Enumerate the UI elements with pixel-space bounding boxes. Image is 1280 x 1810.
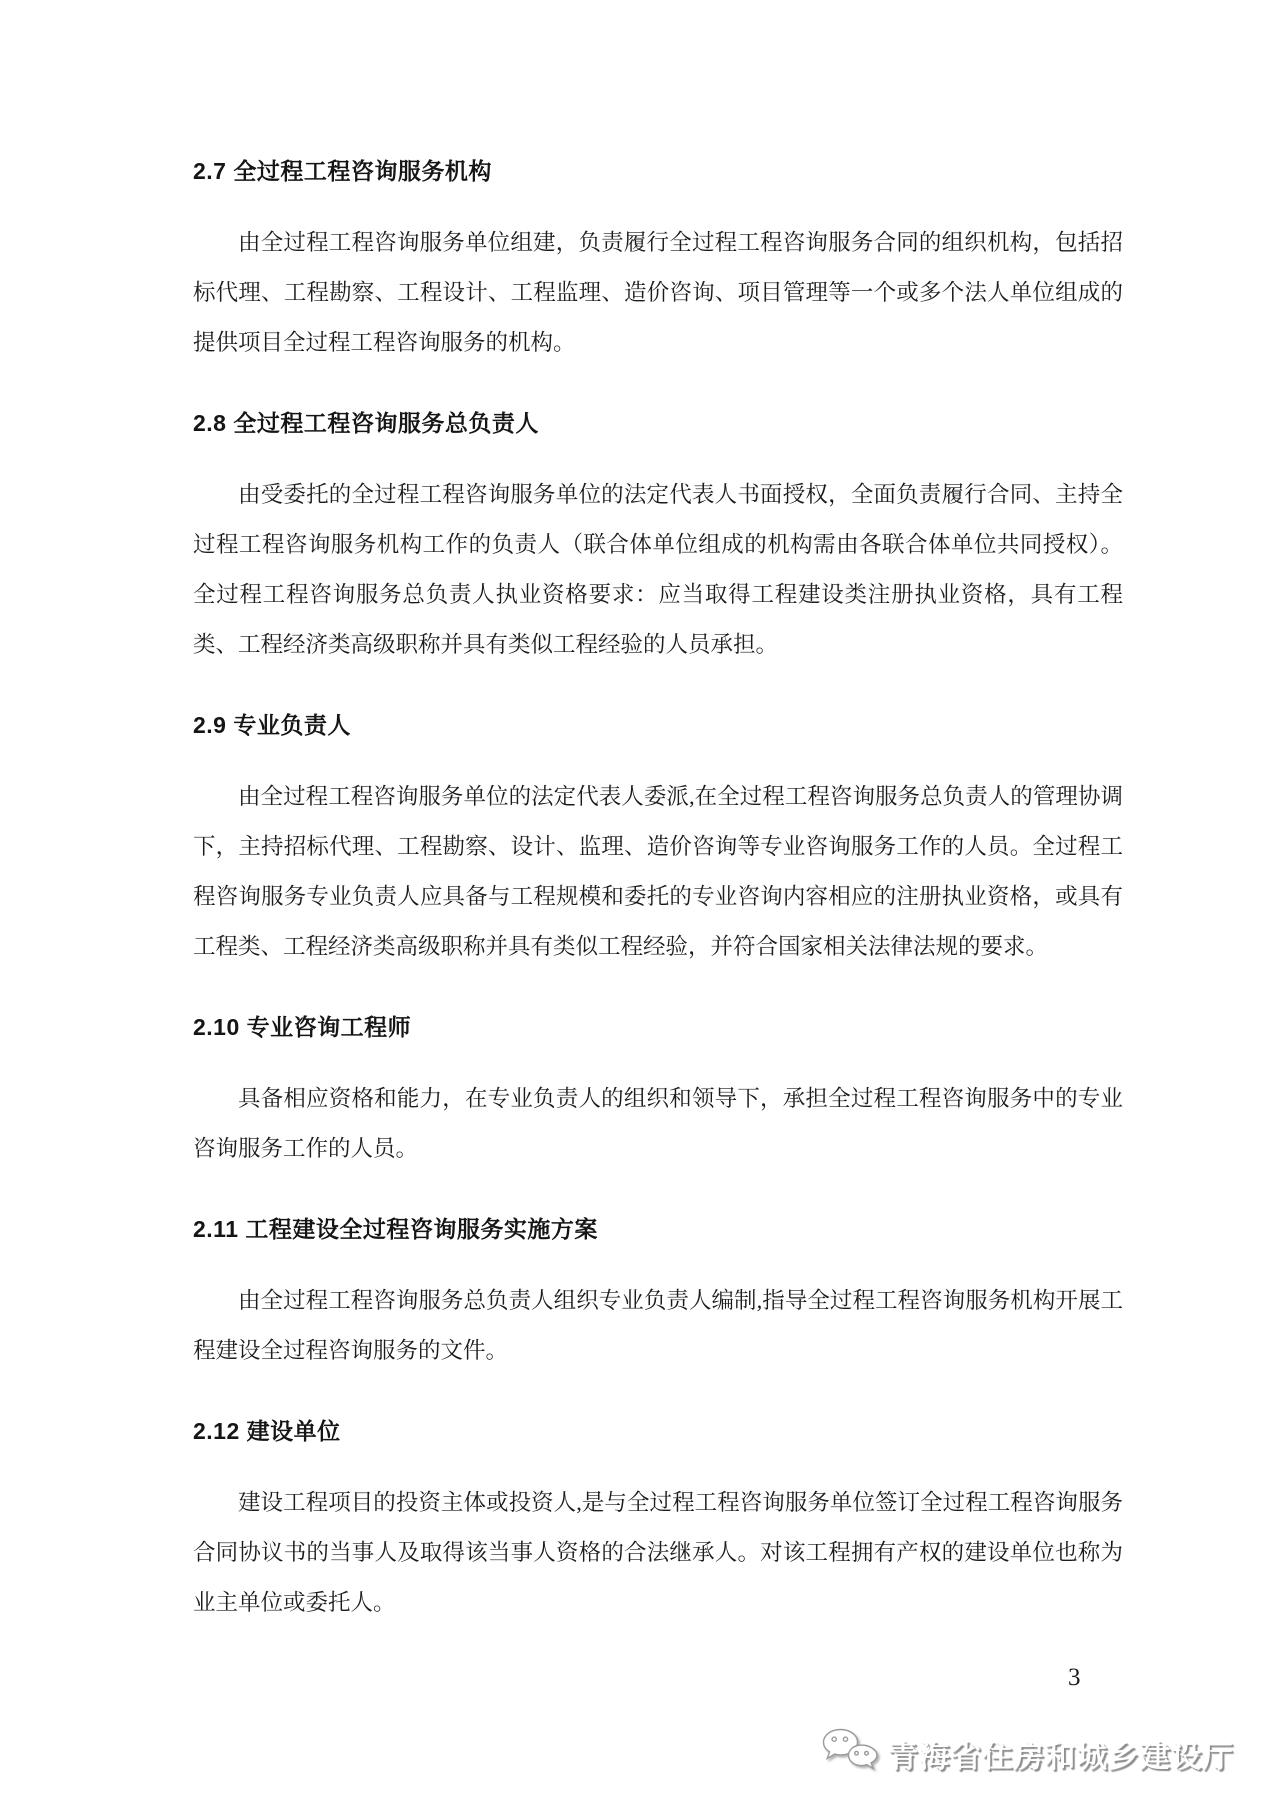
section-paragraph-2-7: 由全过程工程咨询服务单位组建，负责履行全过程工程咨询服务合同的组织机构，包括招标… xyxy=(193,218,1123,368)
section-heading-2-8: 2.8 全过程工程咨询服务总负责人 xyxy=(193,398,1123,448)
section-paragraph-2-12: 建设工程项目的投资主体或投资人,是与全过程工程咨询服务单位签订全过程工程咨询服务… xyxy=(193,1478,1123,1628)
section-2-10: 2.10 专业咨询工程师 具备相应资格和能力，在专业负责人的组织和领导下，承担全… xyxy=(193,1002,1123,1174)
section-paragraph-2-9: 由全过程工程咨询服务单位的法定代表人委派,在全过程工程咨询服务总负责人的管理协调… xyxy=(193,772,1123,972)
section-2-11: 2.11 工程建设全过程咨询服务实施方案 由全过程工程咨询服务总负责人组织专业负… xyxy=(193,1204,1123,1376)
section-paragraph-2-8: 由受委托的全过程工程咨询服务单位的法定代表人书面授权，全面负责履行合同、主持全过… xyxy=(193,470,1123,670)
wechat-logo-icon xyxy=(822,1728,880,1779)
section-heading-2-7: 2.7 全过程工程咨询服务机构 xyxy=(193,146,1123,196)
section-heading-2-11: 2.11 工程建设全过程咨询服务实施方案 xyxy=(193,1204,1123,1254)
page-number: 3 xyxy=(1068,1664,1081,1692)
section-heading-2-9: 2.9 专业负责人 xyxy=(193,700,1123,750)
section-paragraph-2-10: 具备相应资格和能力，在专业负责人的组织和领导下，承担全过程工程咨询服务中的专业咨… xyxy=(193,1074,1123,1174)
section-2-7: 2.7 全过程工程咨询服务机构 由全过程工程咨询服务单位组建，负责履行全过程工程… xyxy=(193,146,1123,368)
section-2-9: 2.9 专业负责人 由全过程工程咨询服务单位的法定代表人委派,在全过程工程咨询服… xyxy=(193,700,1123,972)
watermark-text: 青海省住房和城乡建设厅 xyxy=(888,1732,1235,1776)
document-body: 2.7 全过程工程咨询服务机构 由全过程工程咨询服务单位组建，负责履行全过程工程… xyxy=(193,146,1123,1628)
section-heading-2-12: 2.12 建设单位 xyxy=(193,1406,1123,1456)
section-2-12: 2.12 建设单位 建设工程项目的投资主体或投资人,是与全过程工程咨询服务单位签… xyxy=(193,1406,1123,1628)
document-page: 2.7 全过程工程咨询服务机构 由全过程工程咨询服务单位组建，负责履行全过程工程… xyxy=(0,0,1280,1810)
section-heading-2-10: 2.10 专业咨询工程师 xyxy=(193,1002,1123,1052)
section-paragraph-2-11: 由全过程工程咨询服务总负责人组织专业负责人编制,指导全过程工程咨询服务机构开展工… xyxy=(193,1276,1123,1376)
footer-watermark: 青海省住房和城乡建设厅 xyxy=(822,1728,1235,1779)
section-2-8: 2.8 全过程工程咨询服务总负责人 由受委托的全过程工程咨询服务单位的法定代表人… xyxy=(193,398,1123,670)
